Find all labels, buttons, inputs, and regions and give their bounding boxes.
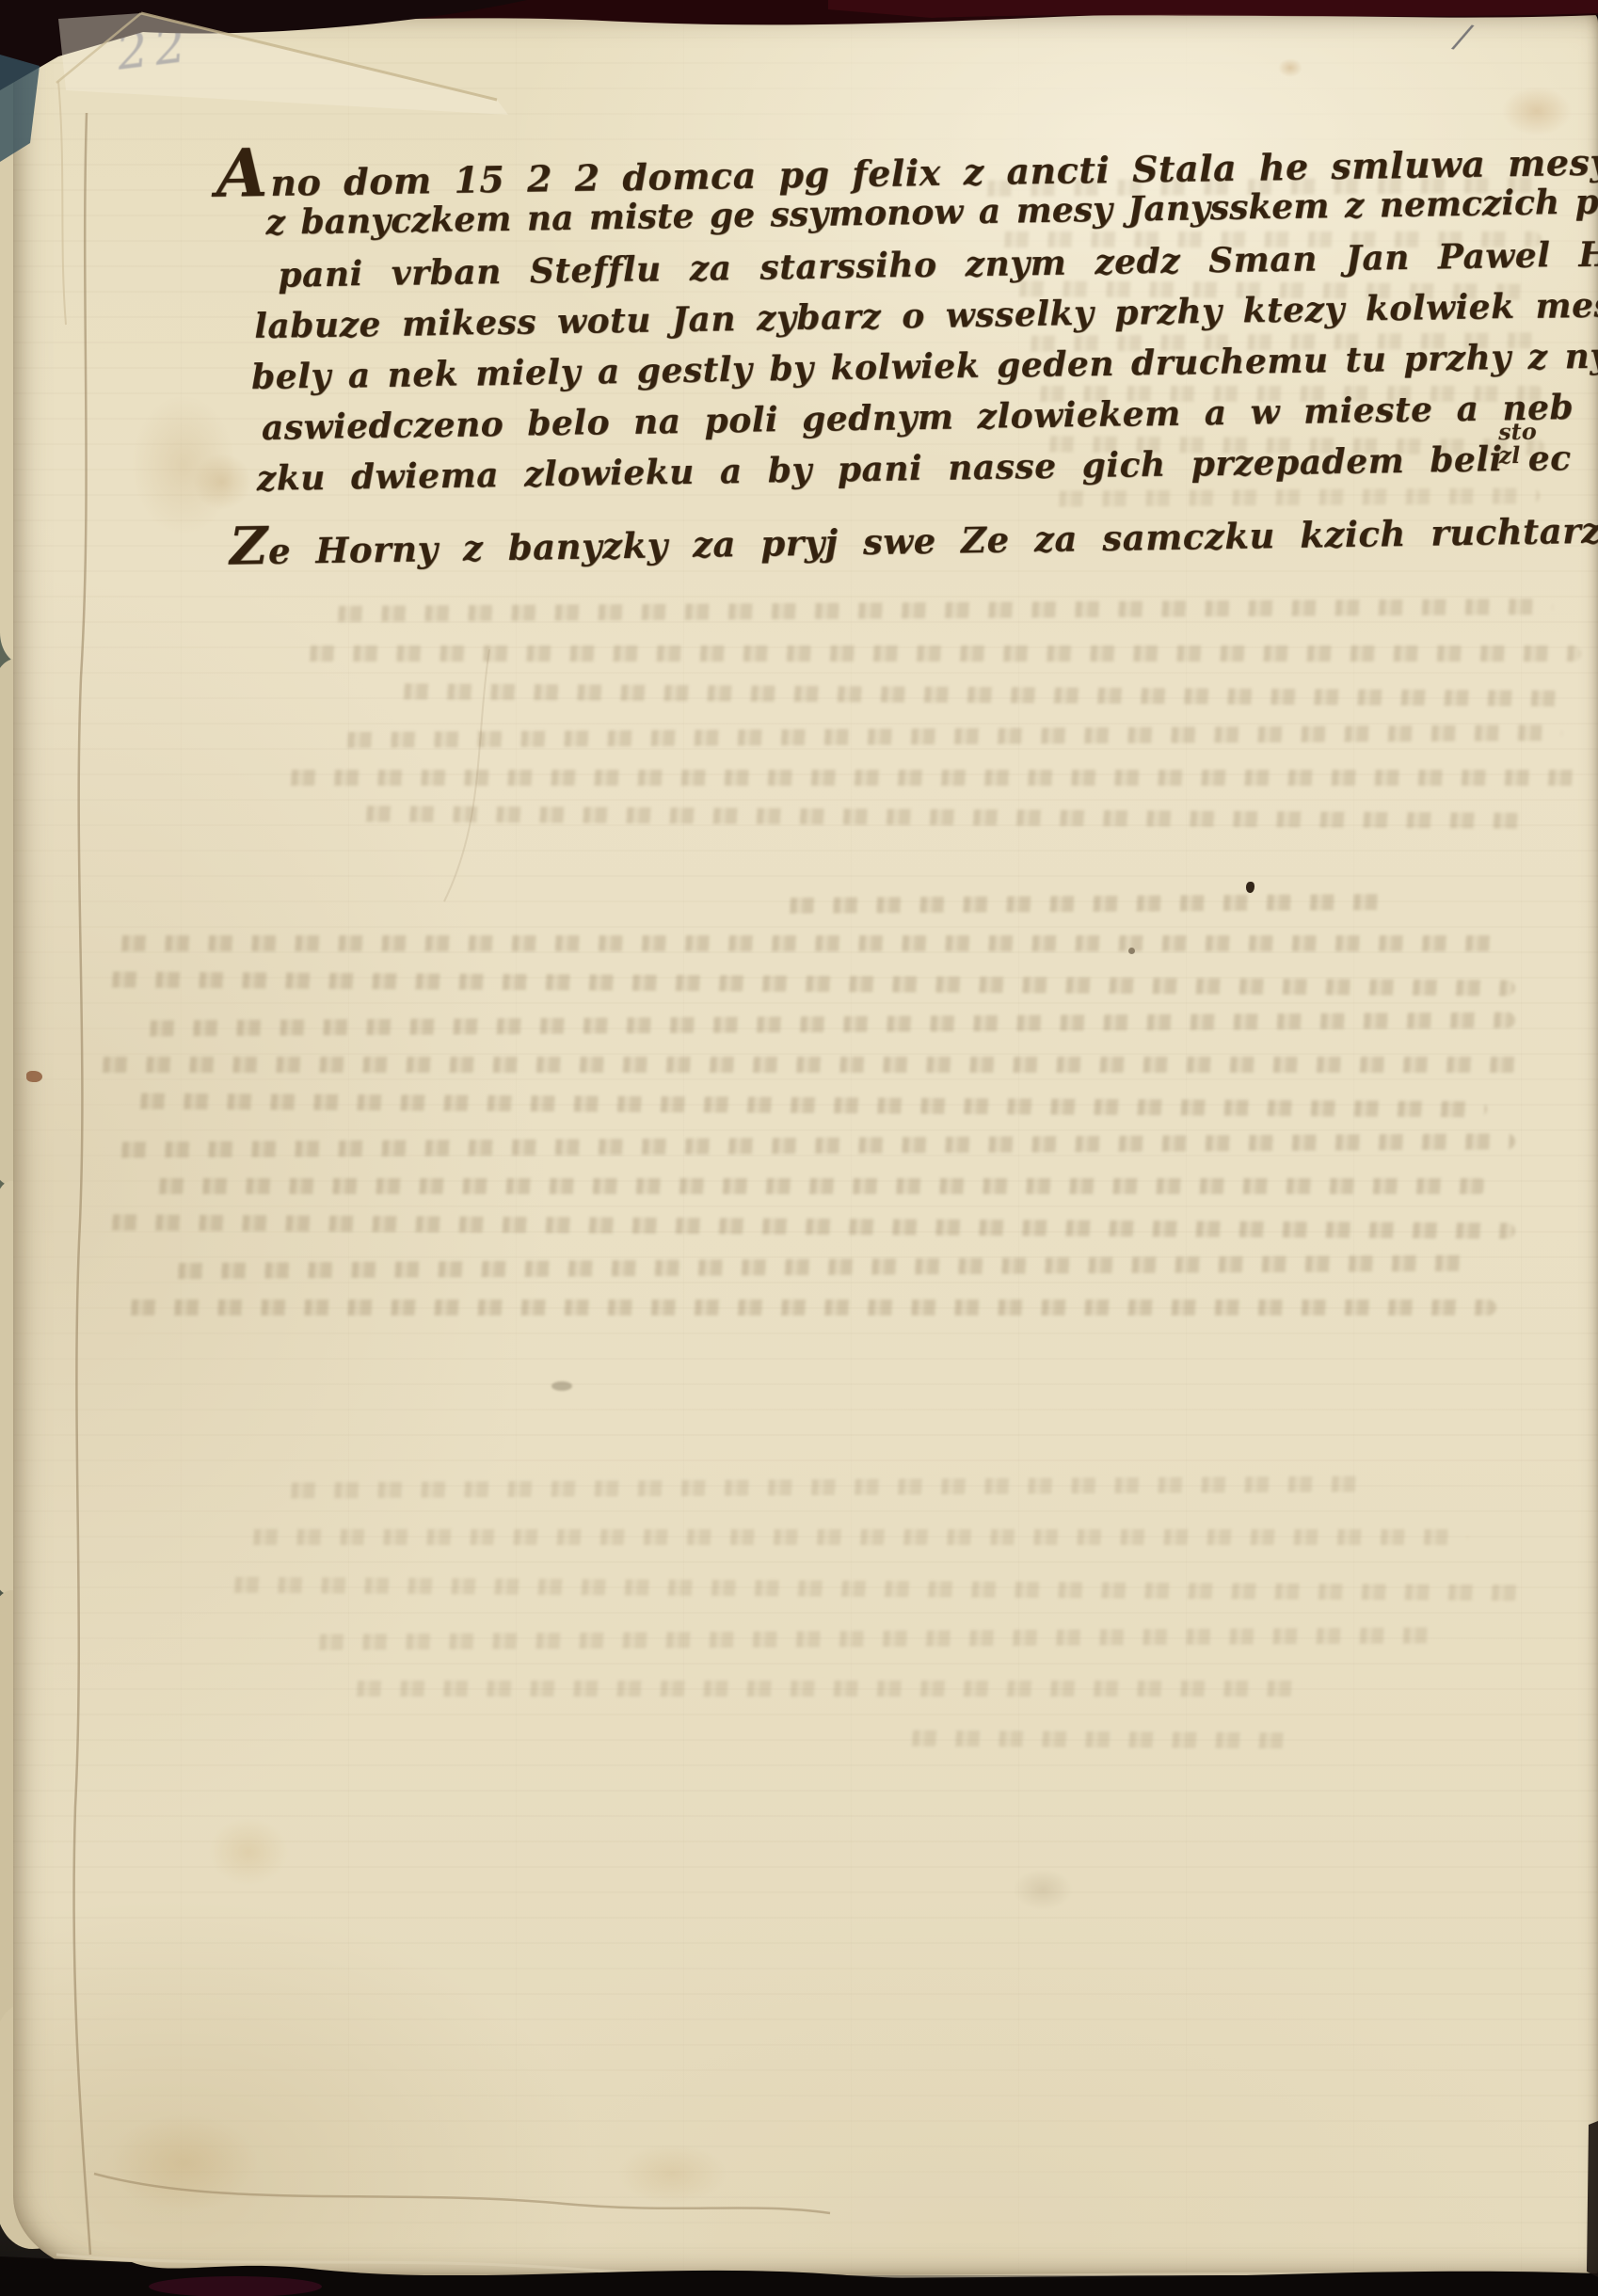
cloth-bottom-maroon bbox=[149, 2276, 322, 2296]
manuscript-photo: 22 / Ano dom 15 2 2 domca pg felix z anc… bbox=[0, 0, 1598, 2296]
manuscript-line: aswiedczeno belo na poli gednym zlowieke… bbox=[262, 388, 1598, 445]
manuscript-line: labuze mikess wotu Jan zybarz o wsselky … bbox=[254, 286, 1598, 343]
superscript-note: sto zl bbox=[1498, 419, 1565, 467]
manuscript-entry-block: Ano dom 15 2 2 domca pg felix z ancti St… bbox=[202, 112, 1592, 585]
manuscript-line: pani vrban Stefflu za starssiho znym zed… bbox=[278, 236, 1598, 292]
manuscript-line: zku dwiema zlowieku a by pani nasse gich… bbox=[256, 441, 1571, 496]
page-number: 22 bbox=[114, 20, 195, 77]
manuscript-line: Ze Horny z banyzky za pryj swe Ze za sam… bbox=[229, 495, 1598, 573]
manuscript-line: bely a nek miely a gestly by kolwiek ged… bbox=[251, 337, 1598, 395]
